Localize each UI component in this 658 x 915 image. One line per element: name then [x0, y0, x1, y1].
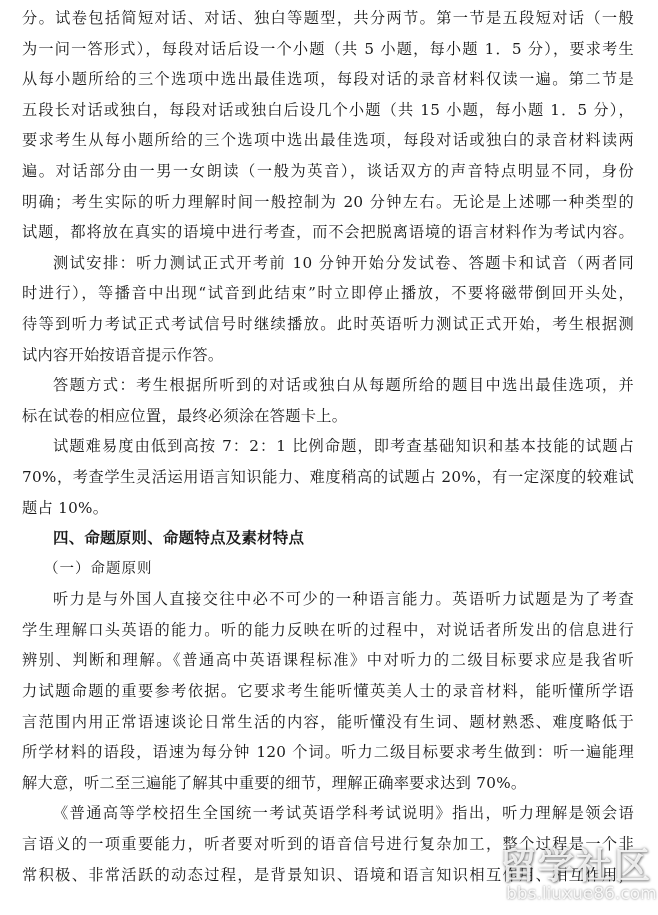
text-line: 标在试卷的相应位置，最终必须涂在答题卡上。	[22, 401, 634, 432]
text-line: 听力是与外国人直接交往中必不可少的一种语言能力。英语听力试题是为了考查	[22, 584, 634, 615]
text-line: 从每小题所给的三个选项中选出最佳选项，每段对话的录音材料仅读一遍。第二节是	[22, 64, 634, 95]
text-line: 解大意，听二至三遍能了解其中重要的细节，理解正确率要求达到 70%。	[22, 768, 634, 799]
text-line: 试题难易度由低到高按 7：2：1 比例命题，即考查基础知识和基本技能的试题占	[22, 431, 634, 462]
text-line: 测试安排：听力测试正式开考前 10 分钟开始分发试卷、答题卡和试音（两者同	[22, 248, 634, 279]
text-line: 试内容开始按语音提示作答。	[22, 340, 634, 371]
text-line: 言范围内用正常语速谈论日常生活的内容，能听懂没有生词、题材熟悉、难度略低于	[22, 707, 634, 738]
text-line: 《普通高等学校招生全国统一考试英语学科考试说明》指出，听力理解是领会语	[22, 798, 634, 829]
subsection-heading: （一）命题原则	[22, 554, 634, 585]
paragraph-test-arrangement: 测试安排：听力测试正式开考前 10 分钟开始分发试卷、答题卡和试音（两者同 时进…	[22, 248, 634, 370]
text-line: 试题，都将放在真实的语境中进行考查，而不会把脱离语境的语言材料作为考试内容。	[22, 217, 634, 248]
text-line: 题占 10%。	[22, 493, 634, 524]
text-line: 待等到听力考试正式考试信号时继续播放。此时英语听力测试正式开始，考生根据测	[22, 309, 634, 340]
text-line: 五段长对话或独白，每段对话或独白后设几个小题（共 15 小题，每小题 1．5 分…	[22, 95, 634, 126]
text-line: 遍。对话部分由一男一女朗读（一般为英音），谈话双方的声音特点明显不同，身份	[22, 156, 634, 187]
text-line: 言语义的一项重要能力，听者要对听到的语音信号进行复杂加工，整个过程是一个非	[22, 829, 634, 860]
text-line: 辨别、判断和理解。《普通高中英语课程标准》中对听力的二级目标要求应是我省听	[22, 645, 634, 676]
text-line: 常积极、非常活跃的动态过程，是背景知识、语境和语言知识相互作用、相互作用，	[22, 860, 634, 891]
text-line: 要求考生从每小题所给的三个选项中选出最佳选项，每段对话或独白的录音材料读两	[22, 125, 634, 156]
text-line: 明确；考生实际的听力理解时间一般控制为 20 分钟左右。无论是上述哪一种类型的	[22, 187, 634, 218]
paragraph-exam-description: 《普通高等学校招生全国统一考试英语学科考试说明》指出，听力理解是领会语 言语义的…	[22, 798, 634, 890]
document-page: 分。试卷包括简短对话、对话、独白等题型，共分两节。第一节是五段短对话（一般 为一…	[22, 3, 634, 890]
text-line: 力试题命题的重要参考依据。它要求考生能听懂英美人士的录音材料，能听懂所学语	[22, 676, 634, 707]
paragraph-difficulty: 试题难易度由低到高按 7：2：1 比例命题，即考查基础知识和基本技能的试题占 7…	[22, 431, 634, 523]
text-line: 答题方式：考生根据所听到的对话或独白从每题所给的题目中选出最佳选项，并	[22, 370, 634, 401]
paragraph-listening-ability: 听力是与外国人直接交往中必不可少的一种语言能力。英语听力试题是为了考查 学生理解…	[22, 584, 634, 798]
text-line: 学生理解口头英语的能力。听的能力反映在听的过程中，对说话者所发出的信息进行	[22, 615, 634, 646]
text-line: 时进行），等播音中出现“试音到此结束”时立即停止播放，不要将磁带倒回开头处，	[22, 278, 634, 309]
section-heading: 四、命题原则、命题特点及素材特点	[22, 523, 634, 554]
text-line: 为一问一答形式），每段对话后设一个小题（共 5 小题，每小题 1．5 分），要求…	[22, 34, 634, 65]
text-line: 所学材料的语段，语速为每分钟 120 个词。听力二级目标要求考生做到：听一遍能理	[22, 737, 634, 768]
paragraph-answer-method: 答题方式：考生根据所听到的对话或独白从每题所给的题目中选出最佳选项，并 标在试卷…	[22, 370, 634, 431]
text-line: 分。试卷包括简短对话、对话、独白等题型，共分两节。第一节是五段短对话（一般	[22, 3, 634, 34]
text-line: 70%，考查学生灵活运用语言知识能力、难度稍高的试题占 20%，有一定深度的较难…	[22, 462, 634, 493]
paragraph-exam-structure: 分。试卷包括简短对话、对话、独白等题型，共分两节。第一节是五段短对话（一般 为一…	[22, 3, 634, 248]
